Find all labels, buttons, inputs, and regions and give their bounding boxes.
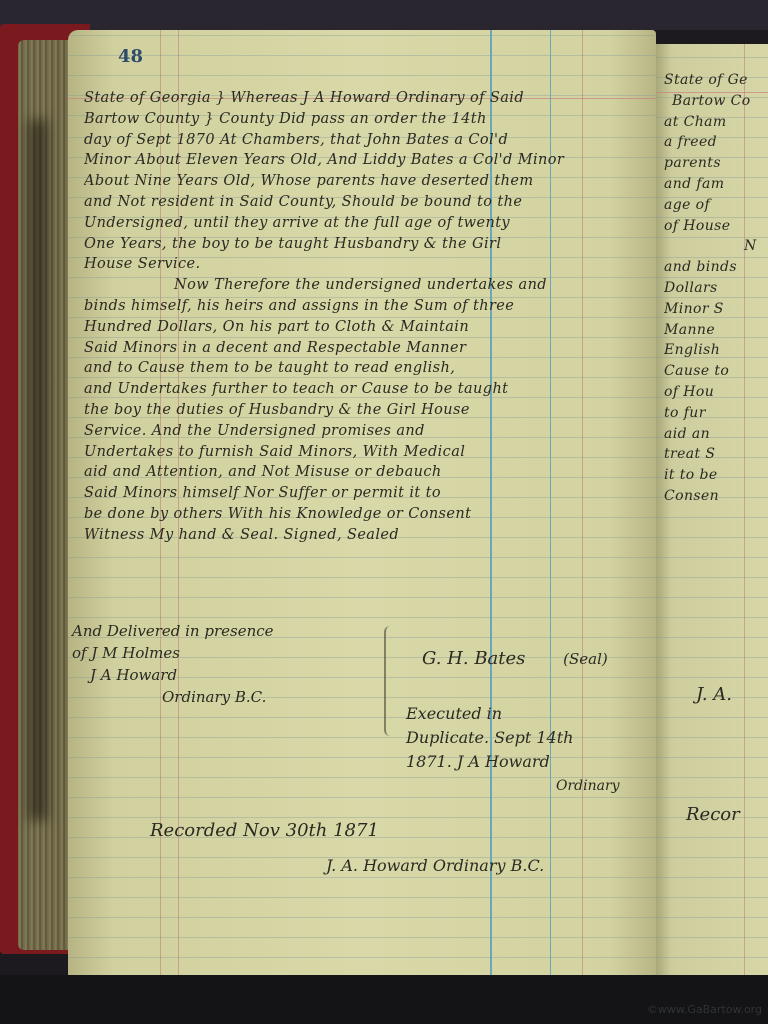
text-line: Said Minors in a decent and Respectable …: [84, 338, 644, 359]
witness-block: And Delivered in presence of J M Holmes …: [72, 620, 274, 708]
text-line: One Years, the boy to be taught Husbandr…: [84, 234, 644, 255]
text-line: House Service.: [84, 254, 644, 275]
witness-title: Ordinary B.C.: [72, 686, 274, 708]
witness-line: And Delivered in presence: [72, 620, 274, 642]
text-line: it to be: [664, 465, 768, 486]
witness-name: J A Howard: [72, 664, 274, 686]
left-page: 48 State of Georgia } Whereas J A Howard…: [68, 30, 656, 992]
recorded-date: Recorded Nov 30th 1871: [150, 820, 379, 841]
text-line: aid and Attention, and Not Misuse or deb…: [84, 462, 644, 483]
text-line: English: [664, 340, 768, 361]
witness-line: of J M Holmes: [72, 642, 274, 664]
text-line: Said Minors himself Nor Suffer or permit…: [84, 483, 644, 504]
text-line: to fur: [664, 403, 768, 424]
signature-block: G. H. Bates (Seal): [422, 648, 608, 669]
text-line: and Not resident in Said County, Should …: [84, 192, 644, 213]
text-line: aid an: [664, 424, 768, 445]
text-line: N: [664, 236, 768, 257]
signature-name: G. H. Bates: [422, 648, 525, 669]
text-line: and to Cause them to be taught to read e…: [84, 358, 644, 379]
execution-line: Executed in: [406, 702, 620, 726]
recorded-signature: J. A. Howard Ordinary B.C.: [326, 856, 544, 875]
bottom-shadow: [0, 975, 768, 1024]
text-line: Undertakes to furnish Said Minors, With …: [84, 442, 644, 463]
text-line: Hundred Dollars, On his part to Cloth & …: [84, 317, 644, 338]
text-line: Bartow Co: [664, 91, 768, 112]
text-line: age of: [664, 195, 768, 216]
execution-line: 1871. J A Howard: [406, 750, 620, 774]
right-page-text: State of Ge Bartow Co at Cham a freed pa…: [664, 70, 768, 507]
background-top: [0, 0, 768, 30]
text-line: Witness My hand & Seal. Signed, Sealed: [84, 525, 644, 546]
text-line: of House: [664, 216, 768, 237]
text-line: day of Sept 1870 At Chambers, that John …: [84, 130, 644, 151]
text-line: treat S: [664, 444, 768, 465]
execution-line: Duplicate. Sept 14th: [406, 726, 620, 750]
text-line: and binds: [664, 257, 768, 278]
recorded-fragment: Recor: [686, 804, 740, 825]
text-line: Service. And the Undersigned promises an…: [84, 421, 644, 442]
text-line: Undersigned, until they arrive at the fu…: [84, 213, 644, 234]
text-line: binds himself, his heirs and assigns in …: [84, 296, 644, 317]
seal-mark: (Seal): [563, 650, 608, 668]
text-line: State of Ge: [664, 70, 768, 91]
text-line: Minor About Eleven Years Old, And Liddy …: [84, 150, 644, 171]
copyright-watermark: ©www.GaBartow.org: [647, 1003, 762, 1016]
text-line: About Nine Years Old, Whose parents have…: [84, 171, 644, 192]
text-line: be done by others With his Knowledge or …: [84, 504, 644, 525]
text-line: Manne: [664, 320, 768, 341]
text-line: and Undertakes further to teach or Cause…: [84, 379, 644, 400]
signature-fragment: J. A.: [696, 684, 732, 705]
text-line: Minor S: [664, 299, 768, 320]
text-line: and fam: [664, 174, 768, 195]
execution-title: Ordinary: [406, 774, 620, 798]
text-line: at Cham: [664, 112, 768, 133]
text-line: State of Georgia } Whereas J A Howard Or…: [84, 88, 644, 109]
page-number: 48: [118, 46, 143, 67]
execution-block: Executed in Duplicate. Sept 14th 1871. J…: [406, 702, 620, 798]
bracket: [384, 626, 398, 736]
text-line: Dollars: [664, 278, 768, 299]
text-line: Cause to: [664, 361, 768, 382]
text-line: parents: [664, 153, 768, 174]
text-line: Consen: [664, 486, 768, 507]
text-line: Bartow County } County Did pass an order…: [84, 109, 644, 130]
record-text: State of Georgia } Whereas J A Howard Or…: [84, 88, 644, 546]
text-line: the boy the duties of Husbandry & the Gi…: [84, 400, 644, 421]
text-line: of Hou: [664, 382, 768, 403]
text-line: Now Therefore the undersigned undertakes…: [84, 275, 644, 296]
text-line: a freed: [664, 132, 768, 153]
right-page: State of Ge Bartow Co at Cham a freed pa…: [656, 44, 768, 984]
